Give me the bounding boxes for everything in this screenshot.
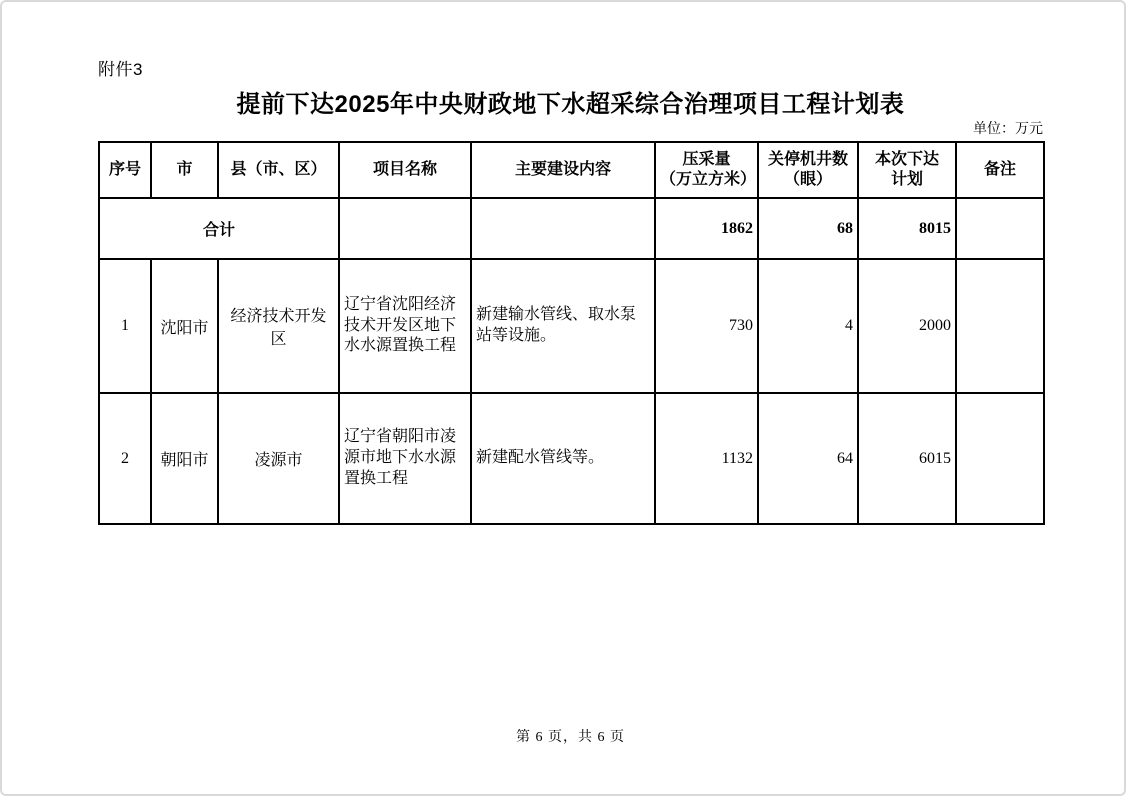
header-county: 县（市、区） [218, 142, 339, 198]
header-plan: 本次下达 计划 [858, 142, 956, 198]
row-county: 经济技术开发区 [218, 259, 339, 393]
document-page: 附件3 提前下达2025年中央财政地下水超采综合治理项目工程计划表 单位：万元 … [0, 0, 1126, 796]
row-reduction: 1132 [655, 393, 758, 524]
row-note [956, 259, 1044, 393]
row-content: 新建配水管线等。 [471, 393, 655, 524]
row-city: 朝阳市 [151, 393, 218, 524]
document-title: 提前下达2025年中央财政地下水超采综合治理项目工程计划表 [98, 84, 1043, 119]
header-note: 备注 [956, 142, 1044, 198]
footer-page-number: 第 6 页，共 6 页 [98, 726, 1043, 746]
total-label: 合计 [99, 198, 339, 259]
row-reduction: 730 [655, 259, 758, 393]
row-content: 新建输水管线、取水泵站等设施。 [471, 259, 655, 393]
row-project: 辽宁省朝阳市凌源市地下水水源置换工程 [339, 393, 471, 524]
row-wells: 64 [758, 393, 858, 524]
total-row: 合计 1862 68 8015 [99, 198, 1044, 259]
row-note [956, 393, 1044, 524]
table-row: 2 朝阳市 凌源市 辽宁省朝阳市凌源市地下水水源置换工程 新建配水管线等。 11… [99, 393, 1044, 524]
row-seq: 1 [99, 259, 151, 393]
table-row: 1 沈阳市 经济技术开发区 辽宁省沈阳经济技术开发区地下水水源置换工程 新建输水… [99, 259, 1044, 393]
attachment-label: 附件3 [98, 55, 143, 80]
row-project: 辽宁省沈阳经济技术开发区地下水水源置换工程 [339, 259, 471, 393]
total-plan: 8015 [858, 198, 956, 259]
plan-table: 序号 市 县（市、区） 项目名称 主要建设内容 压采量 （万立方米） 关停机井数… [98, 141, 1045, 525]
header-reduction: 压采量 （万立方米） [655, 142, 758, 198]
total-reduction: 1862 [655, 198, 758, 259]
header-project: 项目名称 [339, 142, 471, 198]
header-wells: 关停机井数 （眼） [758, 142, 858, 198]
table-header-row: 序号 市 县（市、区） 项目名称 主要建设内容 压采量 （万立方米） 关停机井数… [99, 142, 1044, 198]
header-seq: 序号 [99, 142, 151, 198]
header-content: 主要建设内容 [471, 142, 655, 198]
header-city: 市 [151, 142, 218, 198]
row-seq: 2 [99, 393, 151, 524]
row-plan: 2000 [858, 259, 956, 393]
row-wells: 4 [758, 259, 858, 393]
total-content [471, 198, 655, 259]
row-county: 凌源市 [218, 393, 339, 524]
total-wells: 68 [758, 198, 858, 259]
total-project [339, 198, 471, 259]
row-city: 沈阳市 [151, 259, 218, 393]
total-note [956, 198, 1044, 259]
unit-note: 单位：万元 [98, 118, 1043, 138]
row-plan: 6015 [858, 393, 956, 524]
